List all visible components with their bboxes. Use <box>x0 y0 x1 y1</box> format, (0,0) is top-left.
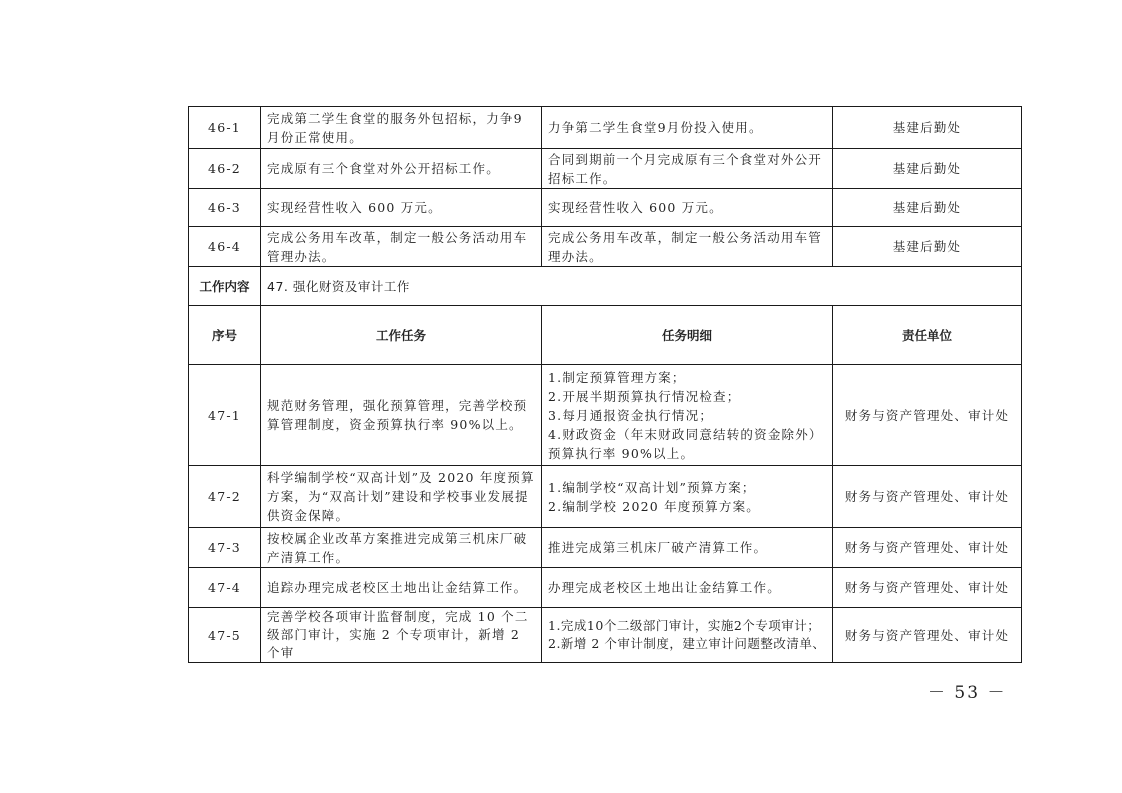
row-task: 完善学校各项审计监督制度，完成 10 个二级部门审计，实施 2 个专项审计，新增… <box>261 608 542 663</box>
table-row: 47-5 完善学校各项审计监督制度，完成 10 个二级部门审计，实施 2 个专项… <box>189 608 1022 663</box>
row-detail: 合同到期前一个月完成原有三个食堂对外公开招标工作。 <box>542 149 833 189</box>
row-unit: 财务与资产管理处、审计处 <box>833 568 1022 608</box>
row-id: 47-5 <box>189 608 261 663</box>
row-unit: 财务与资产管理处、审计处 <box>833 608 1022 663</box>
row-unit: 财务与资产管理处、审计处 <box>833 528 1022 568</box>
work-plan-table: 46-1 完成第二学生食堂的服务外包招标，力争9月份正常使用。 力争第二学生食堂… <box>188 106 1022 663</box>
detail-line: 4.财政资金（年末财政同意结转的资金除外）预算执行率 90%以上。 <box>548 425 826 463</box>
header-unit: 责任单位 <box>833 306 1022 365</box>
detail-line: 1.制定预算管理方案； <box>548 368 826 387</box>
detail-line: 2.编制学校 2020 年度预算方案。 <box>548 497 826 516</box>
section-label: 工作内容 <box>189 267 261 306</box>
table-row: 47-1 规范财务管理，强化预算管理，完善学校预算管理制度，资金预算执行率 90… <box>189 365 1022 466</box>
row-id: 46-1 <box>189 107 261 149</box>
detail-line: 3.每月通报资金执行情况； <box>548 406 826 425</box>
page-number: － 53 － <box>928 678 1006 703</box>
section-title: 47. 强化财资及审计工作 <box>261 267 1022 306</box>
table-row: 46-1 完成第二学生食堂的服务外包招标，力争9月份正常使用。 力争第二学生食堂… <box>189 107 1022 149</box>
row-task: 实现经营性收入 600 万元。 <box>261 189 542 227</box>
row-task: 完成公务用车改革，制定一般公务活动用车管理办法。 <box>261 227 542 267</box>
table-row: 46-4 完成公务用车改革，制定一般公务活动用车管理办法。 完成公务用车改革，制… <box>189 227 1022 267</box>
row-detail: 1.编制学校“双高计划”预算方案； 2.编制学校 2020 年度预算方案。 <box>542 466 833 528</box>
table-row: 47-4 追踪办理完成老校区土地出让金结算工作。 办理完成老校区土地出让金结算工… <box>189 568 1022 608</box>
detail-line: 1.编制学校“双高计划”预算方案； <box>548 478 826 497</box>
row-unit: 基建后勤处 <box>833 107 1022 149</box>
row-id: 47-4 <box>189 568 261 608</box>
row-task: 追踪办理完成老校区土地出让金结算工作。 <box>261 568 542 608</box>
row-unit: 基建后勤处 <box>833 189 1022 227</box>
table-row: 46-2 完成原有三个食堂对外公开招标工作。 合同到期前一个月完成原有三个食堂对… <box>189 149 1022 189</box>
row-detail: 1.完成10个二级部门审计，实施2个专项审计； 2.新增 2 个审计制度，建立审… <box>542 608 833 663</box>
row-task: 科学编制学校“双高计划”及 2020 年度预算方案，为“双高计划”建设和学校事业… <box>261 466 542 528</box>
header-id: 序号 <box>189 306 261 365</box>
row-task: 完成第二学生食堂的服务外包招标，力争9月份正常使用。 <box>261 107 542 149</box>
detail-line: 1.完成10个二级部门审计，实施2个专项审计； <box>548 617 826 635</box>
row-task: 规范财务管理，强化预算管理，完善学校预算管理制度，资金预算执行率 90%以上。 <box>261 365 542 466</box>
row-id: 46-3 <box>189 189 261 227</box>
row-id: 47-2 <box>189 466 261 528</box>
table-row: 46-3 实现经营性收入 600 万元。 实现经营性收入 600 万元。 基建后… <box>189 189 1022 227</box>
column-header-row: 序号 工作任务 任务明细 责任单位 <box>189 306 1022 365</box>
row-detail: 推进完成第三机床厂破产清算工作。 <box>542 528 833 568</box>
row-unit: 基建后勤处 <box>833 227 1022 267</box>
row-unit: 财务与资产管理处、审计处 <box>833 365 1022 466</box>
row-unit: 财务与资产管理处、审计处 <box>833 466 1022 528</box>
row-detail: 实现经营性收入 600 万元。 <box>542 189 833 227</box>
row-task: 按校属企业改革方案推进完成第三机床厂破产清算工作。 <box>261 528 542 568</box>
row-detail: 1.制定预算管理方案； 2.开展半期预算执行情况检查； 3.每月通报资金执行情况… <box>542 365 833 466</box>
row-id: 46-2 <box>189 149 261 189</box>
row-id: 46-4 <box>189 227 261 267</box>
detail-line: 2.新增 2 个审计制度，建立审计问题整改清单、 <box>548 635 826 653</box>
row-unit: 基建后勤处 <box>833 149 1022 189</box>
row-detail: 办理完成老校区土地出让金结算工作。 <box>542 568 833 608</box>
table-row: 47-2 科学编制学校“双高计划”及 2020 年度预算方案，为“双高计划”建设… <box>189 466 1022 528</box>
row-id: 47-3 <box>189 528 261 568</box>
row-detail: 完成公务用车改革，制定一般公务活动用车管理办法。 <box>542 227 833 267</box>
row-id: 47-1 <box>189 365 261 466</box>
row-task: 完成原有三个食堂对外公开招标工作。 <box>261 149 542 189</box>
section-heading-row: 工作内容 47. 强化财资及审计工作 <box>189 267 1022 306</box>
detail-line: 2.开展半期预算执行情况检查； <box>548 387 826 406</box>
table-row: 47-3 按校属企业改革方案推进完成第三机床厂破产清算工作。 推进完成第三机床厂… <box>189 528 1022 568</box>
header-task: 工作任务 <box>261 306 542 365</box>
header-detail: 任务明细 <box>542 306 833 365</box>
row-detail: 力争第二学生食堂9月份投入使用。 <box>542 107 833 149</box>
